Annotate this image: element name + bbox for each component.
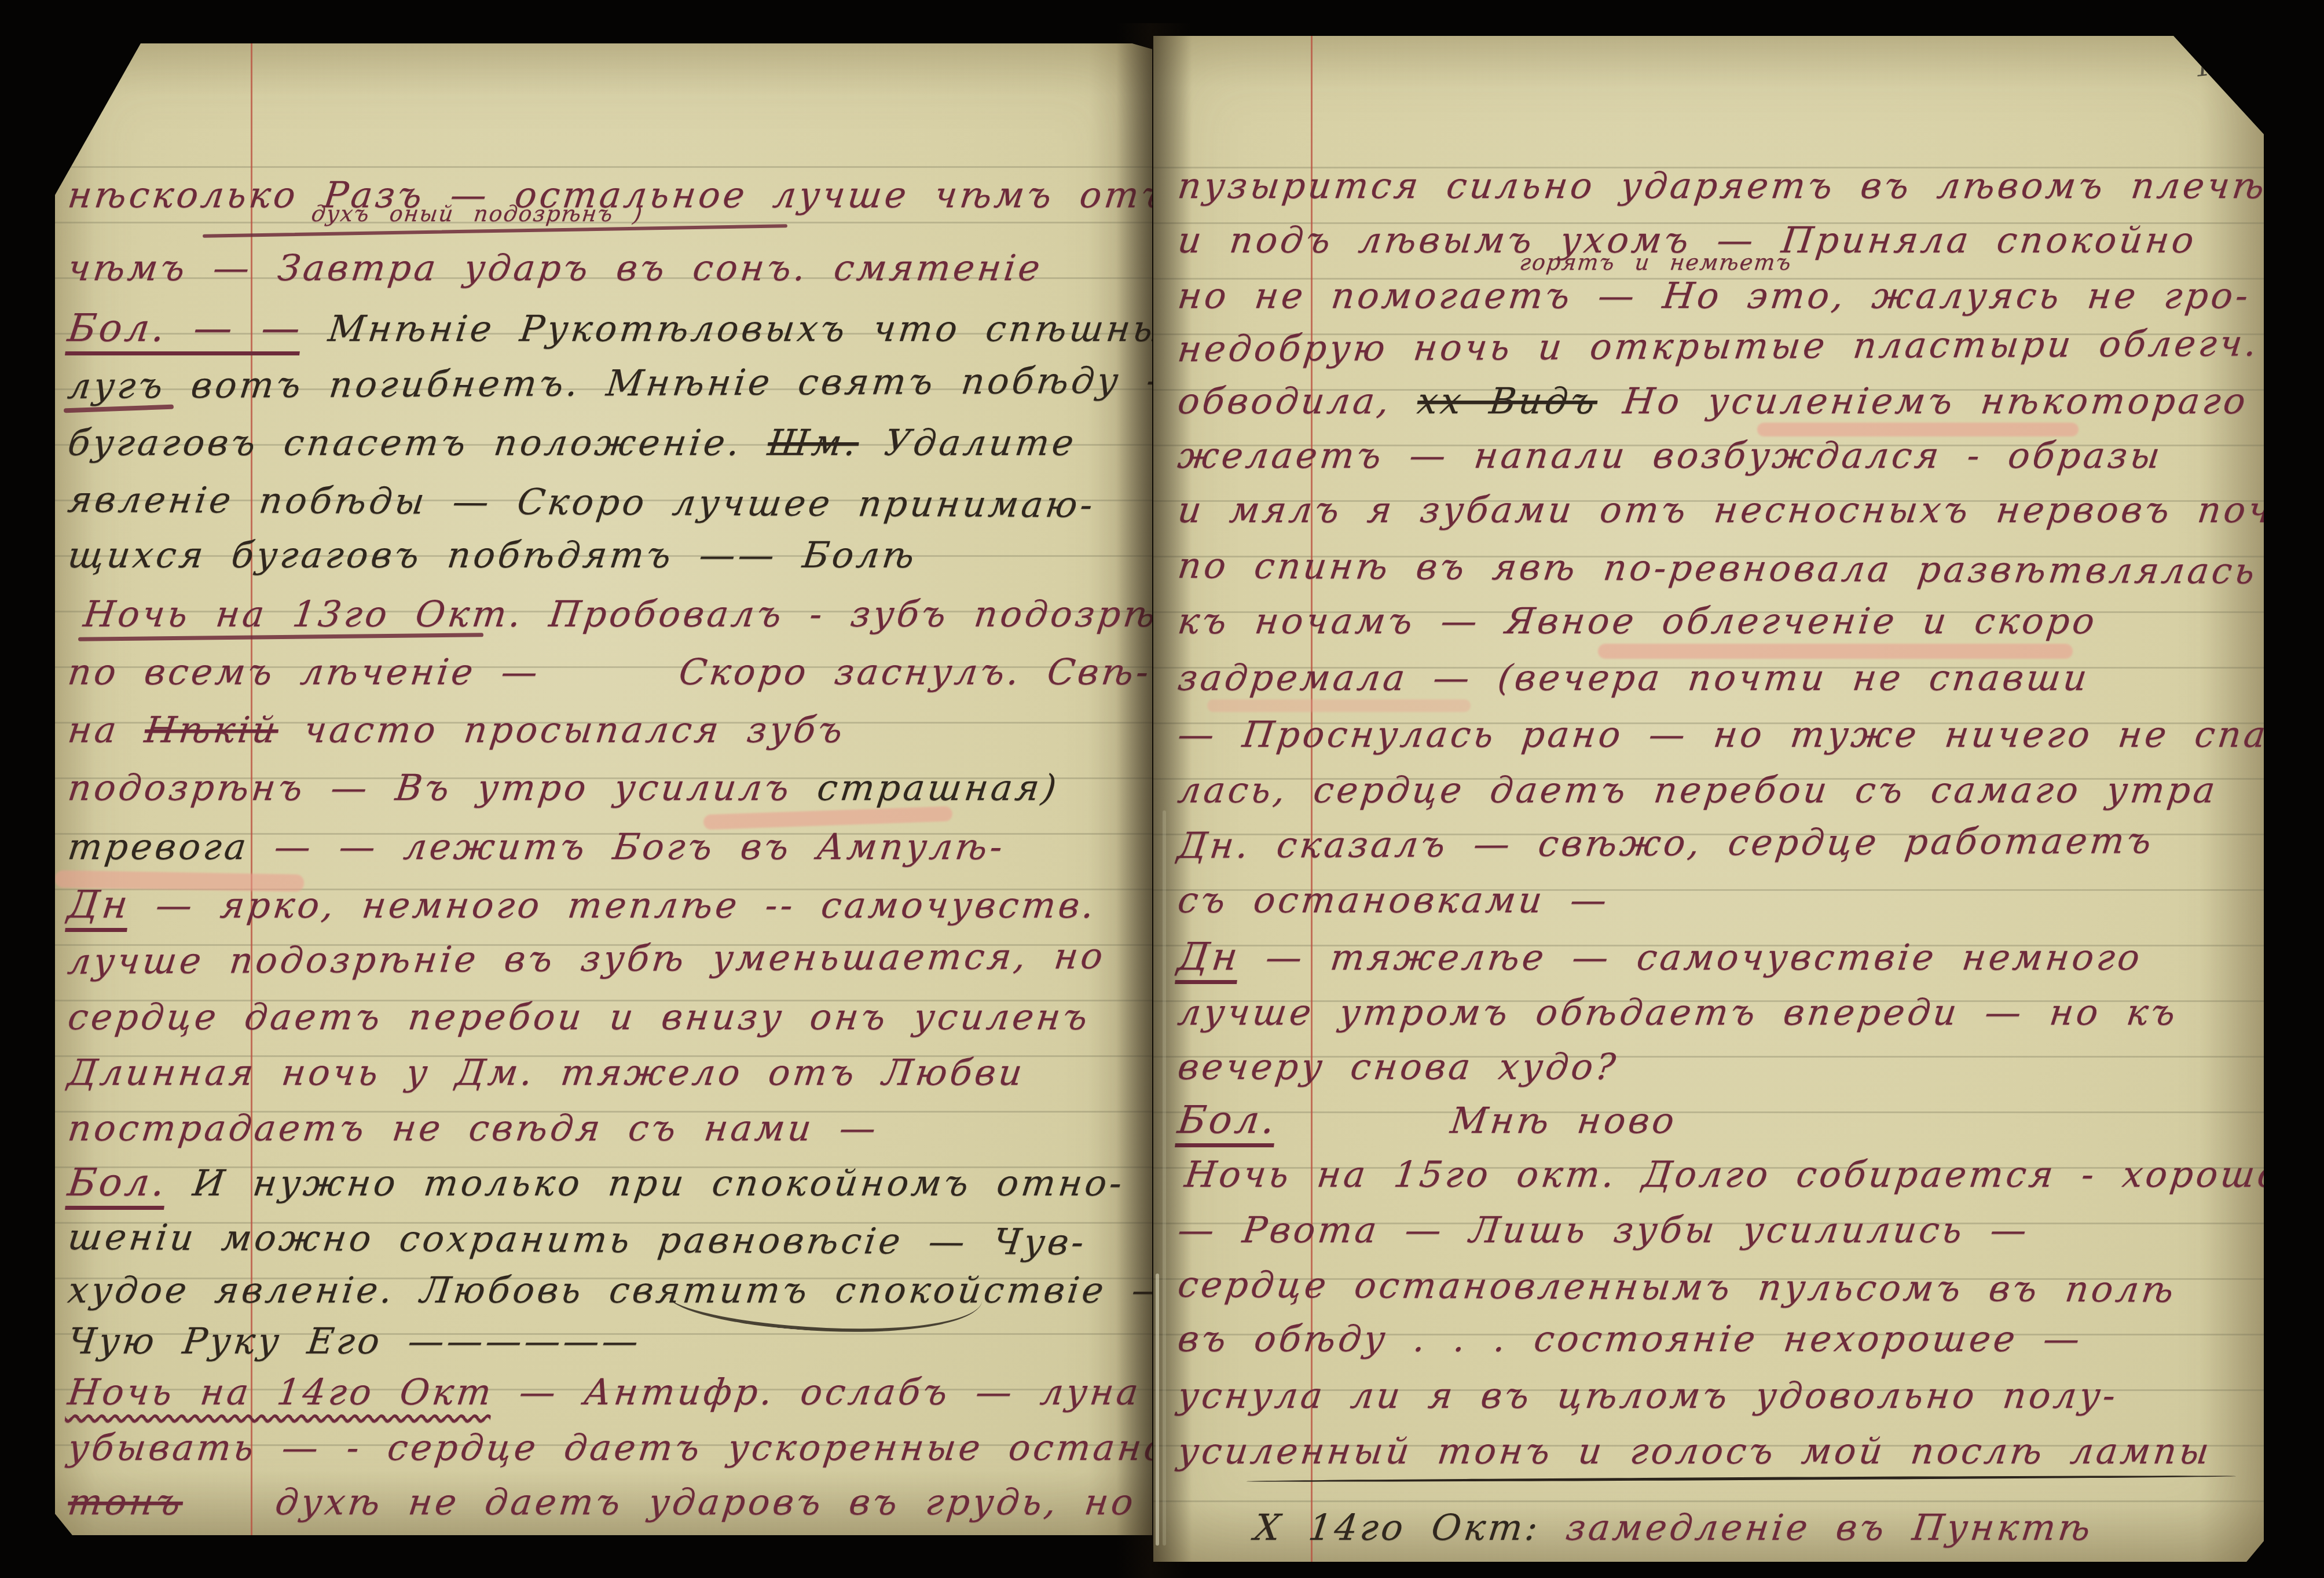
handwritten-line: по всемъ лѣченіе —Скоро заснулъ. Свѣ- xyxy=(65,649,1154,695)
handwritten-line: Дн — тяжелѣе — самочувствіе немного xyxy=(1175,934,2145,979)
handwritten-line: вечеру снова худо? xyxy=(1175,1044,1621,1089)
page-number: 18 xyxy=(2193,48,2230,83)
handwritten-line: лугъ вотъ погибнетъ. Мнѣніе святъ побѣду… xyxy=(65,357,1262,409)
line-text: недобрую ночь и открытые пластыри облегч… xyxy=(1175,322,2314,370)
handwritten-line: пузырится сильно ударяетъ въ лѣвомъ плеч… xyxy=(1175,163,2270,208)
handwritten-line: сердце даетъ перебои и внизу онъ усиленъ xyxy=(65,994,1093,1040)
handwritten-line: пострадаетъ не свѣдя съ нами — xyxy=(65,1106,881,1151)
line-text: — ярко, немного теплѣе -- самочувств. xyxy=(127,884,1099,926)
entry-heading-pain: Бол. xyxy=(65,1160,170,1210)
handwritten-line: бугаговъ спасетъ положеніе. Шм. Удалите xyxy=(65,420,1079,465)
handwritten-line: чѣмъ — Завтра ударъ въ сонъ. смятеніе xyxy=(65,245,1046,291)
struck-word: тонъ xyxy=(65,1481,185,1523)
line-text: Долго собирается - хорошо xyxy=(1614,1153,2285,1195)
line-text: — Проснулась рано — но туже ничего не сп… xyxy=(1175,713,2286,755)
handwritten-line: Дн. сказалъ — свѣжо, сердце работаетъ xyxy=(1175,818,2157,868)
inserted-word: страшная) xyxy=(815,766,1062,809)
book-gutter-shadow xyxy=(1116,23,1192,1578)
line-text: задремала — (вечера почти не спавши xyxy=(1175,656,2092,699)
handwritten-line: шеніи можно сохранить равновѣсіе — Чув- xyxy=(65,1214,1090,1265)
handwritten-line: на Нѣкій часто просыпался зубъ xyxy=(65,707,848,753)
line-text: усиленный тонъ и голосъ мой послѣ лампы xyxy=(1175,1430,2214,1472)
line-text: и мялъ я зубами отъ несносныхъ нервовъ п… xyxy=(1175,489,2324,531)
line-text: въ обѣду . . . состояніе нехорошее — xyxy=(1175,1318,2085,1360)
handwritten-line: Длинная ночь у Дм. тяжело отъ Любви xyxy=(65,1050,1028,1095)
line-text: горятъ и немѣетъ xyxy=(1518,249,1793,275)
handwritten-line: сердце остановленнымъ пульсомъ въ полѣ xyxy=(1175,1262,2179,1312)
entry-date: Ночь на 14го Окт xyxy=(65,1371,496,1413)
handwritten-line: задремала — (вечера почти не спавши xyxy=(1175,655,2092,700)
handwritten-line: и мялъ я зубами отъ несносныхъ нервовъ п… xyxy=(1175,487,2324,533)
entry-date: Ночь на 15го окт. xyxy=(1182,1153,1619,1195)
handwritten-line: недобрую ночь и открытые пластыри облегч… xyxy=(1175,321,2314,372)
line-text: по всемъ лѣченіе — xyxy=(65,651,542,693)
line-text: лучше подозрѣніе въ зубѣ уменьшается, но xyxy=(65,935,1108,982)
handwritten-line: — Рвота — Лишь зубы усилились — xyxy=(1175,1208,2032,1253)
line-text: пострадаетъ не свѣдя съ нами — xyxy=(65,1107,881,1149)
handwritten-line: явленіе побѣды — Скоро лучшее принимаю- xyxy=(65,477,1098,527)
line-text: къ ночамъ — Явное облегченіе и скоро xyxy=(1175,600,2099,642)
line-text: убывать — - сердце даетъ ускоренные оста… xyxy=(65,1426,1245,1469)
line-text: на xyxy=(65,709,147,751)
handwritten-line: обводила, хх Видъ Но усиленіемъ нѣкотора… xyxy=(1175,379,2251,424)
line-text: Пробовалъ - зубъ подозрѣнъ xyxy=(521,593,1214,635)
handwritten-line: уснула ли я въ цѣломъ удовольно полу- xyxy=(1175,1373,2121,1418)
handwritten-line: Бол.Мнѣ ново xyxy=(1175,1098,1680,1143)
line-text: духъ оный подозрѣнъ ) xyxy=(310,201,644,226)
page-edge-sliver xyxy=(1156,1274,1159,1546)
line-text: Скоро заснулъ. Свѣ- xyxy=(677,651,1154,693)
line-text: Чую Руку Его —————— xyxy=(65,1320,643,1362)
line-text: сердце остановленнымъ пульсомъ въ полѣ xyxy=(1175,1263,2179,1311)
handwritten-line: съ остановками — xyxy=(1175,878,1612,923)
line-text: Мнѣніе Рукотѣловыхъ что спѣшный xyxy=(300,307,1193,350)
handwritten-line: тревога — — лежитъ Богъ въ Ампулѣ- xyxy=(65,824,1008,869)
line-text: И нужно только при спокойномъ отно- xyxy=(164,1162,1127,1204)
line-text: щихся бугаговъ побѣдятъ —— Болѣ xyxy=(65,534,919,576)
handwritten-line: въ обѣду . . . состояніе нехорошее — xyxy=(1175,1316,2085,1362)
handwritten-line: щихся бугаговъ побѣдятъ —— Болѣ xyxy=(65,533,920,578)
line-text: подозрѣнъ — Въ утро усилилъ xyxy=(65,766,820,809)
line-text: лугъ вотъ погибнетъ. Мнѣніе святъ побѣду… xyxy=(65,358,1262,407)
handwritten-line: лась, сердце даетъ перебои съ самаго утр… xyxy=(1175,768,2220,813)
page-edge-sliver xyxy=(1163,810,1166,1546)
handwritten-line: — Проснулась рано — но туже ничего не сп… xyxy=(1175,712,2286,757)
handwritten-line: тонъдухѣ не даетъ ударовъ въ грудь, но xyxy=(65,1480,1139,1525)
line-text: Мнѣ ново xyxy=(1448,1099,1679,1142)
line-text: замедленіе въ Пунктѣ xyxy=(1538,1506,2096,1548)
manuscript-scan: нѣсколько Разъ — остальное лучше чѣмъ от… xyxy=(0,0,2324,1578)
line-text: Но усиленіемъ нѣкотораго xyxy=(1595,380,2251,422)
struck-word: Шм. xyxy=(765,421,862,464)
handwritten-line: убывать — - сердце даетъ ускоренные оста… xyxy=(65,1425,1245,1470)
line-text: уснула ли я въ цѣломъ удовольно полу- xyxy=(1175,1374,2121,1416)
line-text: вечеру снова худо? xyxy=(1175,1045,1621,1088)
entry-date: Ночь на 13го Окт. xyxy=(81,593,526,635)
handwritten-line: Чую Руку Его —————— xyxy=(65,1319,644,1364)
footnote-line: X 14го Окт: замедленіе въ Пунктѣ xyxy=(1252,1505,2096,1550)
handwritten-line: по спинѣ въ явѣ по-ревновала развѣтвляла… xyxy=(1175,543,2260,594)
line-text: желаетъ — напали возбуждался - образы xyxy=(1175,434,2165,476)
interlinear-insertion: духъ оный подозрѣнъ ) xyxy=(310,199,645,228)
line-text: по спинѣ въ явѣ по-ревновала развѣтвляла… xyxy=(1175,544,2260,592)
line-text: Удалите xyxy=(856,421,1079,464)
line-text: но не помогаетъ — Но это, жалуясь не гро… xyxy=(1175,274,2253,317)
line-text: тревога xyxy=(65,825,251,868)
entry-heading-pain: Бол. — — xyxy=(65,306,306,355)
line-text: лась, сердце даетъ перебои съ самаго утр… xyxy=(1175,769,2220,811)
interlinear-insertion: горятъ и немѣетъ xyxy=(1518,248,1794,277)
line-text: духѣ не даетъ ударовъ въ грудь, но xyxy=(273,1481,1139,1523)
handwritten-line: усиленный тонъ и голосъ мой послѣ лампы xyxy=(1175,1429,2215,1474)
line-text: — тяжелѣе — самочувствіе немного xyxy=(1237,936,2145,978)
struck-word: Нѣкій xyxy=(142,709,281,751)
line-text: шеніи можно сохранить равновѣсіе — Чув- xyxy=(65,1216,1089,1263)
handwritten-line: лучше утромъ обѣдаетъ впереди — но къ xyxy=(1175,990,2181,1035)
line-text: часто просыпался зубъ xyxy=(276,709,848,751)
handwritten-line: подозрѣнъ — Въ утро усилилъ страшная) xyxy=(65,765,1062,810)
handwritten-line: лучше подозрѣніе въ зубѣ уменьшается, но xyxy=(65,934,1108,984)
line-text: обводила, xyxy=(1175,380,1420,422)
entry-heading-night-15-oct: Ночь на 15го окт. Долго собирается - хор… xyxy=(1182,1152,2285,1197)
line-text: лучше утромъ обѣдаетъ впереди — но къ xyxy=(1175,991,2180,1033)
handwritten-line: но не помогаетъ — Но это, жалуясь не гро… xyxy=(1175,273,2253,318)
line-text: съ остановками — xyxy=(1175,879,1612,921)
left-page: нѣсколько Разъ — остальное лучше чѣмъ от… xyxy=(55,43,1152,1535)
handwritten-line: желаетъ — напали возбуждался - образы xyxy=(1175,433,2165,478)
struck-word: хх Видъ xyxy=(1415,380,1600,422)
line-text: — — лежитъ Богъ въ Ампулѣ- xyxy=(246,825,1007,868)
line-text: чѣмъ — Завтра ударъ въ сонъ. смятеніе xyxy=(65,247,1045,289)
footnote-date: X 14го Окт: xyxy=(1252,1506,1543,1548)
line-text: худое явленіе. Любовь святитъ спокойстві… xyxy=(65,1269,1174,1311)
pink-pencil-mark xyxy=(1207,699,1471,712)
line-text: бугаговъ спасетъ положеніе. xyxy=(65,421,771,464)
handwritten-line: Дн — ярко, немного теплѣе -- самочувств. xyxy=(65,882,1099,927)
line-text: явленіе побѣды — Скоро лучшее принимаю- xyxy=(65,478,1098,526)
handwritten-line: худое явленіе. Любовь святитъ спокойстві… xyxy=(65,1268,1174,1313)
line-text: Дн. сказалъ — свѣжо, сердце работаетъ xyxy=(1175,819,2156,867)
line-text: сердце даетъ перебои и внизу онъ усиленъ xyxy=(65,996,1093,1038)
entry-heading-night-13-oct: Ночь на 13го Окт. Пробовалъ - зубъ подоз… xyxy=(81,592,1214,637)
handwritten-line: къ ночамъ — Явное облегченіе и скоро xyxy=(1175,599,2100,644)
right-page: 18 пузырится сильно ударяетъ въ лѣвомъ п… xyxy=(1153,36,2264,1562)
entry-heading-day: Дн xyxy=(65,882,133,932)
handwritten-line: Бол. И нужно только при спокойномъ отно- xyxy=(65,1160,1127,1205)
handwritten-line: Бол. — — Мнѣніе Рукотѣловыхъ что спѣшный xyxy=(65,306,1194,351)
line-text: Длинная ночь у Дм. тяжело отъ Любви xyxy=(65,1051,1027,1093)
line-text: пузырится сильно ударяетъ въ лѣвомъ плеч… xyxy=(1175,164,2270,207)
line-text: — Рвота — Лишь зубы усилились — xyxy=(1175,1209,2032,1251)
